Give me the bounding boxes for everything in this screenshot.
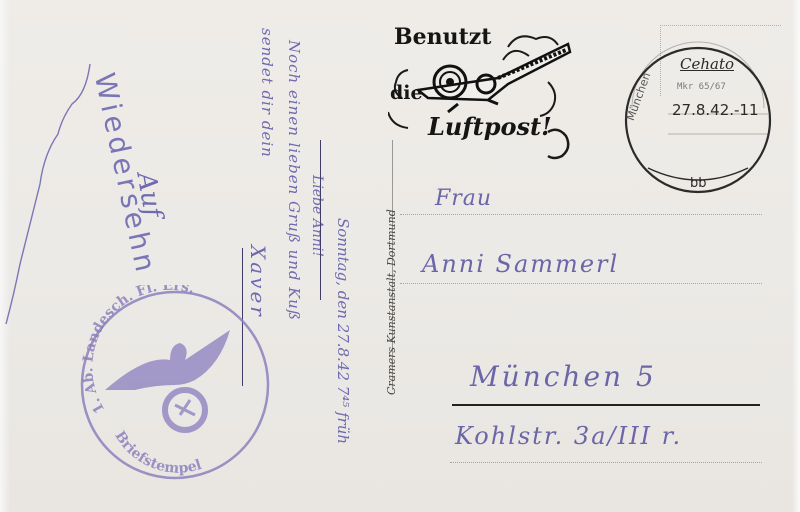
message-line-2: sendet dir dein: [258, 28, 276, 158]
publisher-imprint: Cramers Kunstanstalt, Dortmund: [385, 209, 398, 395]
address-line-2: Anni Sammerl: [422, 250, 619, 278]
slogan-line-2: die: [390, 82, 423, 104]
address-line-1: Frau: [435, 186, 492, 211]
address-line-3: München 5: [470, 360, 657, 393]
message-date-line: Sonntag, den 27.8.42 7⁴⁵ früh: [334, 218, 352, 444]
postmark-meter-text: Mkr 65/67: [677, 82, 726, 92]
slogan-line-3: Luftpost!: [428, 112, 552, 141]
svg-text:Briefstempel: Briefstempel: [111, 428, 203, 476]
postmark-code: bb: [690, 176, 707, 191]
eagle-emblem-icon: [105, 330, 230, 430]
postmark-date: 27.8.42.-11: [672, 101, 759, 119]
address-rule-1: [400, 214, 762, 215]
seal-bottom-text: Briefstempel: [111, 428, 203, 476]
message-underline-1: [320, 140, 321, 300]
slogan-line-1: Benutzt: [394, 24, 491, 50]
message-greeting: Liebe Anni!: [309, 175, 325, 257]
address-rule-3: [452, 404, 760, 406]
address-line-4: Kohlstr. 3a/III r.: [455, 422, 682, 450]
address-rule-2: [400, 283, 762, 284]
unit-seal-stamp: 1. Ab. Landesch. Fl. Ers. Briefstempel: [75, 285, 275, 485]
message-line-1: Noch einen lieben Gruß und Kuß: [285, 40, 303, 321]
postcard: Benutzt die Luftpost! Cehato Mkr 65/67 M…: [0, 0, 800, 512]
slogan-cancel: Benutzt die Luftpost!: [388, 22, 578, 162]
address-rule-4: [450, 462, 762, 463]
postmark-sender-mark: Cehato: [680, 55, 734, 73]
